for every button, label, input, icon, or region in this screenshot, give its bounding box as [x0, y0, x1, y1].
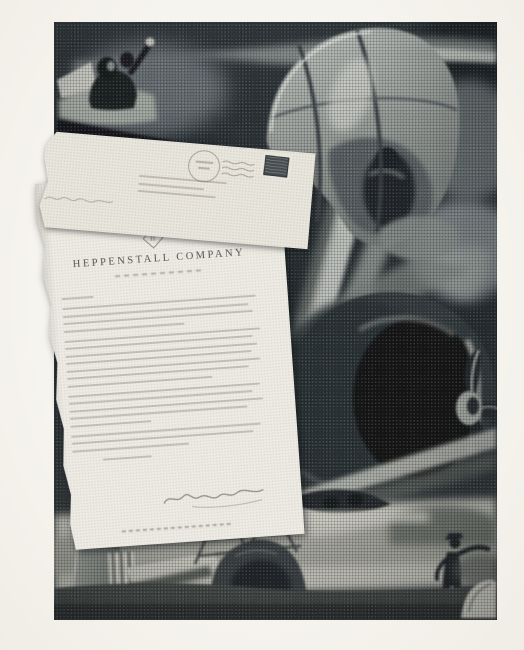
closing-line — [103, 455, 151, 460]
text-line — [69, 397, 263, 413]
advertisement-page: H HEPPENSTALL COMPANY — [0, 0, 524, 650]
text-line — [138, 190, 216, 199]
text-line — [70, 405, 247, 419]
text-line — [138, 182, 204, 190]
letter-body — [62, 284, 275, 468]
paragraph — [71, 421, 274, 452]
paragraph — [62, 294, 265, 333]
text-line — [67, 365, 248, 380]
text-line — [66, 342, 258, 357]
text-line — [69, 390, 253, 405]
paragraph — [68, 381, 272, 427]
text-line — [67, 357, 261, 373]
text-line — [72, 430, 253, 445]
text-line — [66, 350, 252, 365]
wavy-cancellation-lines — [221, 158, 259, 181]
typewritten-paragraphs — [62, 294, 274, 452]
paragraph — [64, 326, 269, 387]
text-line — [70, 420, 151, 428]
text-line — [72, 442, 189, 452]
text-line — [63, 310, 253, 325]
postage-stamp — [263, 155, 289, 178]
text-line — [63, 303, 249, 318]
text-line — [65, 335, 253, 350]
